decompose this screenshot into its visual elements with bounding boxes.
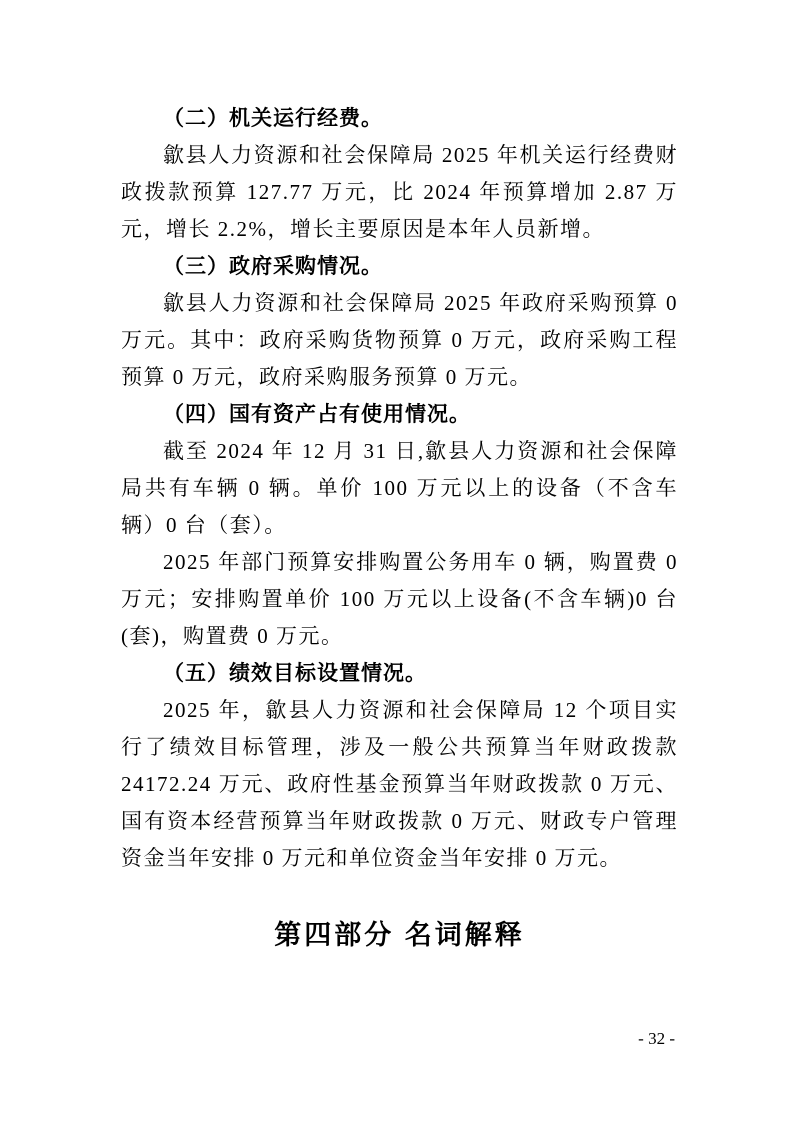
- section-heading-performance-targets: （五）绩效目标设置情况。: [121, 655, 678, 692]
- page-number: - 32 -: [638, 1028, 675, 1050]
- paragraph-state-assets-planned: 2025 年部门预算安排购置公务用车 0 辆，购置费 0 万元；安排购置单价 1…: [121, 544, 678, 655]
- paragraph-government-procurement: 歙县人力资源和社会保障局 2025 年政府采购预算 0 万元。其中：政府采购货物…: [121, 285, 678, 396]
- document-page: （二）机关运行经费。 歙县人力资源和社会保障局 2025 年机关运行经费财政拨款…: [0, 0, 793, 1122]
- paragraph-performance-targets: 2025 年，歙县人力资源和社会保障局 12 个项目实行了绩效目标管理，涉及一般…: [121, 692, 678, 877]
- paragraph-operating-expenses: 歙县人力资源和社会保障局 2025 年机关运行经费财政拨款预算 127.77 万…: [121, 137, 678, 248]
- section-heading-government-procurement: （三）政府采购情况。: [121, 248, 678, 285]
- section-heading-operating-expenses: （二）机关运行经费。: [121, 100, 678, 137]
- page-content: （二）机关运行经费。 歙县人力资源和社会保障局 2025 年机关运行经费财政拨款…: [121, 100, 678, 954]
- section-heading-state-assets: （四）国有资产占有使用情况。: [121, 396, 678, 433]
- part-four-title: 第四部分 名词解释: [121, 917, 678, 954]
- paragraph-state-assets-current: 截至 2024 年 12 月 31 日,歙县人力资源和社会保障局共有车辆 0 辆…: [121, 433, 678, 544]
